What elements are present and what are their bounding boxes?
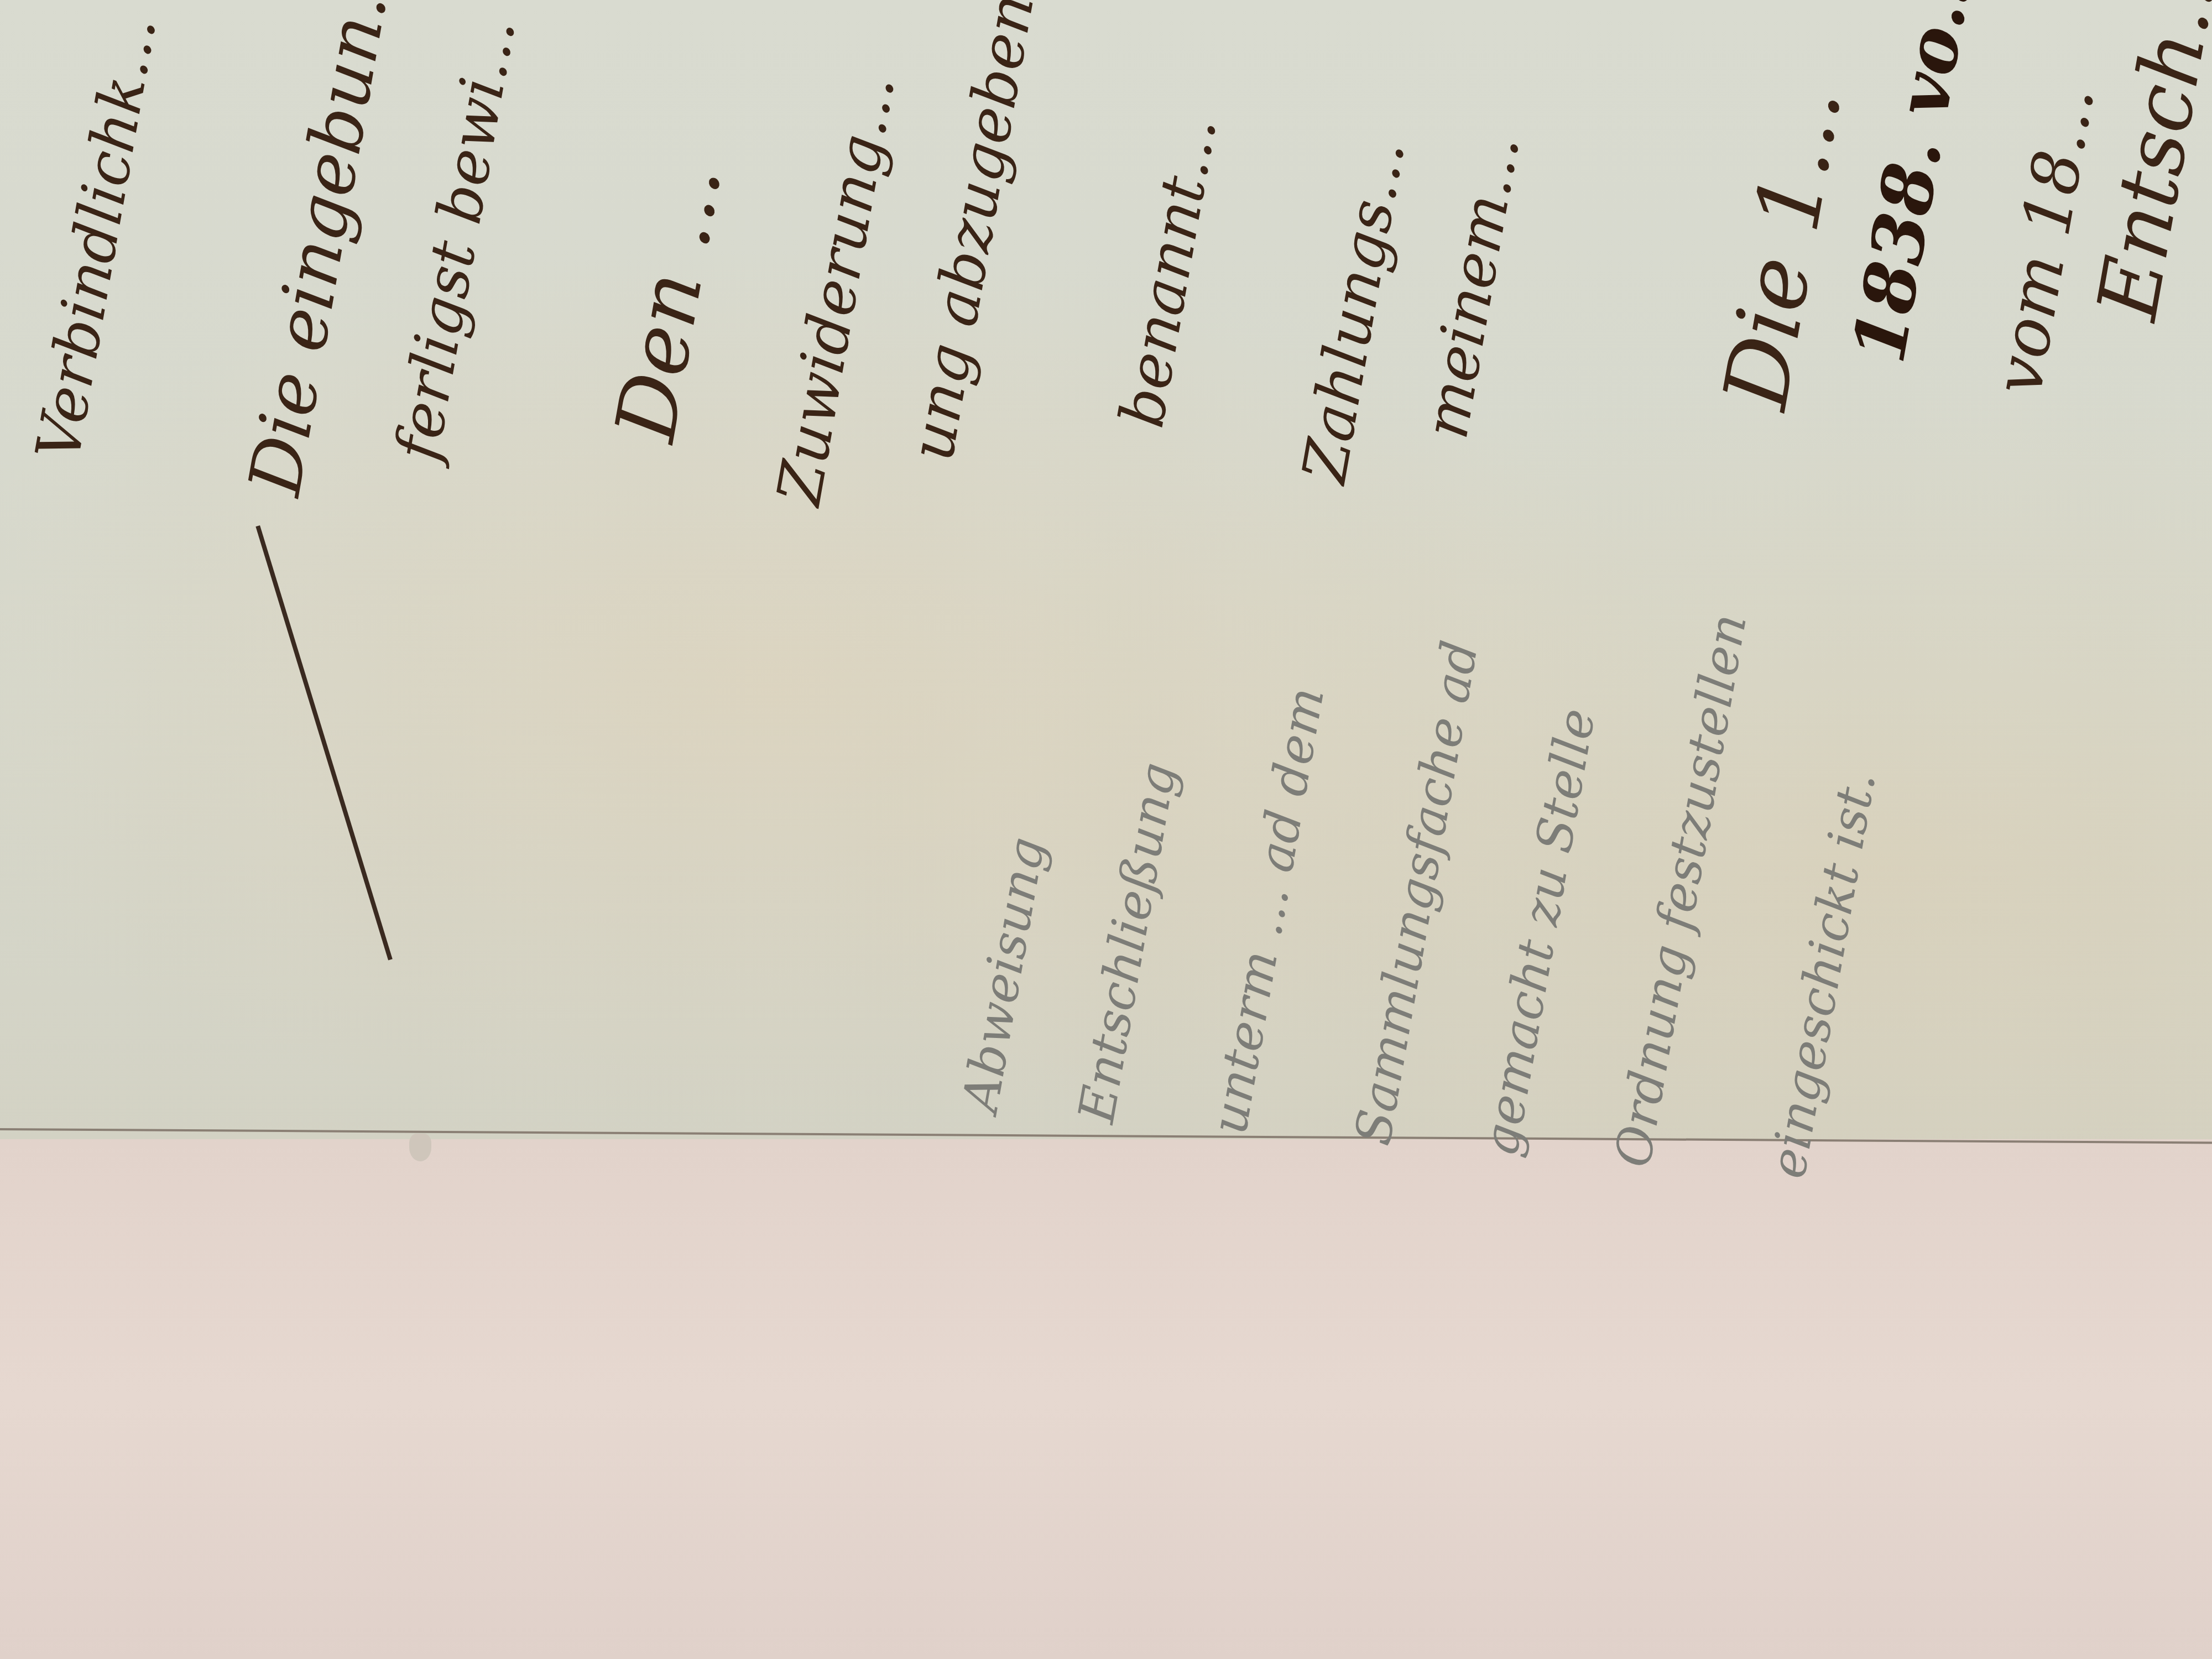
document-photo: Verbindlichk… Die eingebun… ferligst bew… — [0, 0, 2212, 1659]
paper-tear — [409, 1134, 431, 1161]
backing-paper — [0, 1139, 2212, 1659]
